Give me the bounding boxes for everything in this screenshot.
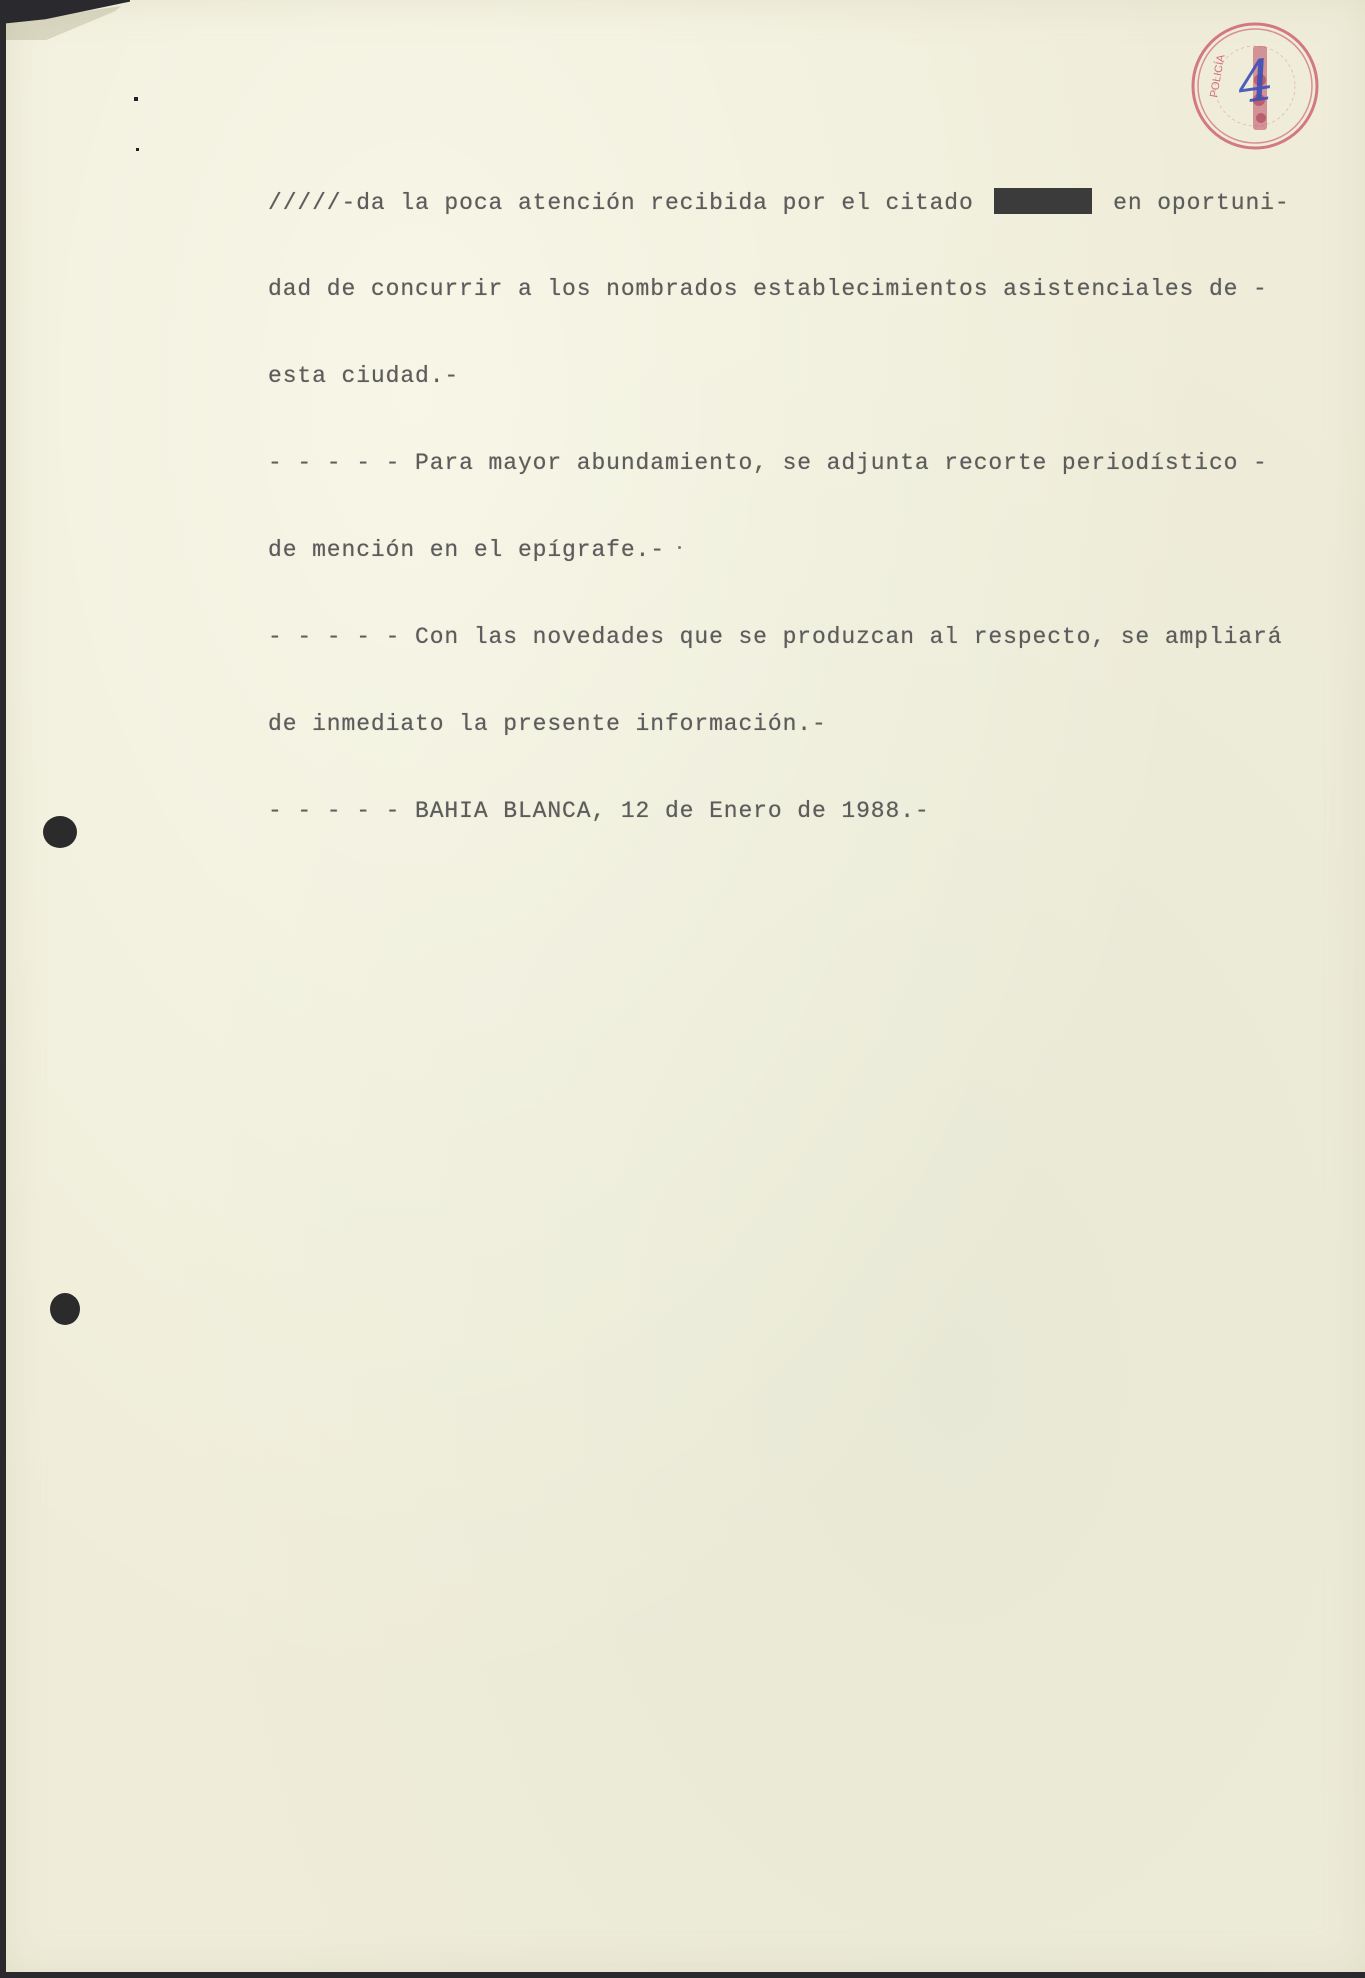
punch-hole-upper [43,816,77,848]
typed-line-2: dad de concurrir a los nombrados estable… [268,275,1290,304]
paper-speck [134,97,138,101]
typewritten-body: /////-da la poca atención recibida por e… [268,130,1290,884]
typed-line-1: /////-da la poca atención recibida por e… [268,188,1290,217]
typed-line-4: - - - - - Para mayor abundamiento, se ad… [268,449,1290,478]
continuation-marks: /////- [268,190,356,216]
typed-line-6: - - - - - Con las novedades que se produ… [268,623,1290,652]
typed-line-8-date: - - - - - BAHIA BLANCA, 12 de Enero de 1… [268,797,1290,826]
punch-hole-lower [50,1293,80,1325]
redaction-box [994,188,1092,214]
paper-speck [136,148,139,151]
typed-line-3: esta ciudad.- [268,362,1290,391]
typed-line-5: de mención en el epígrafe.- [268,536,1290,565]
typed-line-7: de inmediato la presente información.- [268,710,1290,739]
svg-text:POLICÍA: POLICÍA [1207,53,1227,99]
document-page: /////-da la poca atención recibida por e… [6,0,1365,1972]
